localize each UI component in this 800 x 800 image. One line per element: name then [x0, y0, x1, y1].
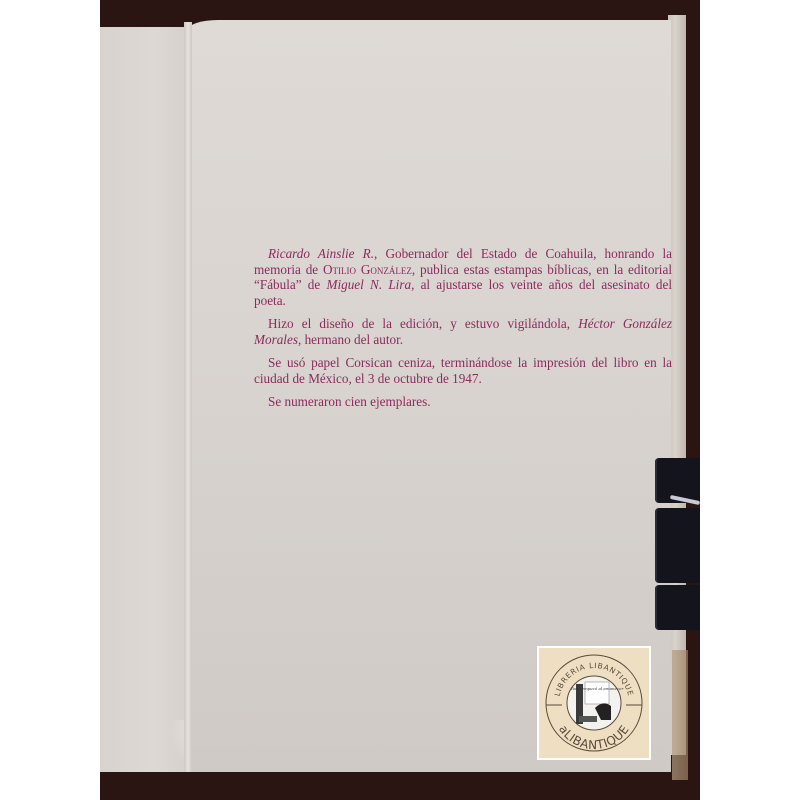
- left-page: [100, 27, 192, 772]
- logo-seal-icon: Todo empezó al amanecer LIBRERIA LIBANTI…: [539, 648, 649, 758]
- publisher-name: Miguel N. Lira: [326, 277, 411, 292]
- colophon-text: Ricardo Ainslie R., Gobernador del Estad…: [254, 246, 672, 418]
- book-gutter: [184, 22, 192, 772]
- patron-name: Ricardo Ainslie R.: [268, 246, 374, 261]
- libantique-watermark-logo: Todo empezó al amanecer LIBRERIA LIBANTI…: [537, 646, 651, 760]
- colophon-paragraph-1: Ricardo Ainslie R., Gobernador del Estad…: [254, 246, 672, 308]
- binder-clip-icon: [655, 508, 700, 583]
- honoree-name: Otilio González: [323, 262, 412, 277]
- svg-text:Todo empezó al amanecer: Todo empezó al amanecer: [571, 686, 625, 691]
- binder-clip-icon: [655, 585, 700, 630]
- colophon-paragraph-4: Se numeraron cien ejemplares.: [254, 394, 672, 410]
- colophon-paragraph-2: Hizo el diseño de la edición, y estuvo v…: [254, 316, 672, 347]
- page-edge-stain: [672, 650, 688, 780]
- colophon-paragraph-3: Se usó papel Corsican ceniza, terminándo…: [254, 355, 672, 386]
